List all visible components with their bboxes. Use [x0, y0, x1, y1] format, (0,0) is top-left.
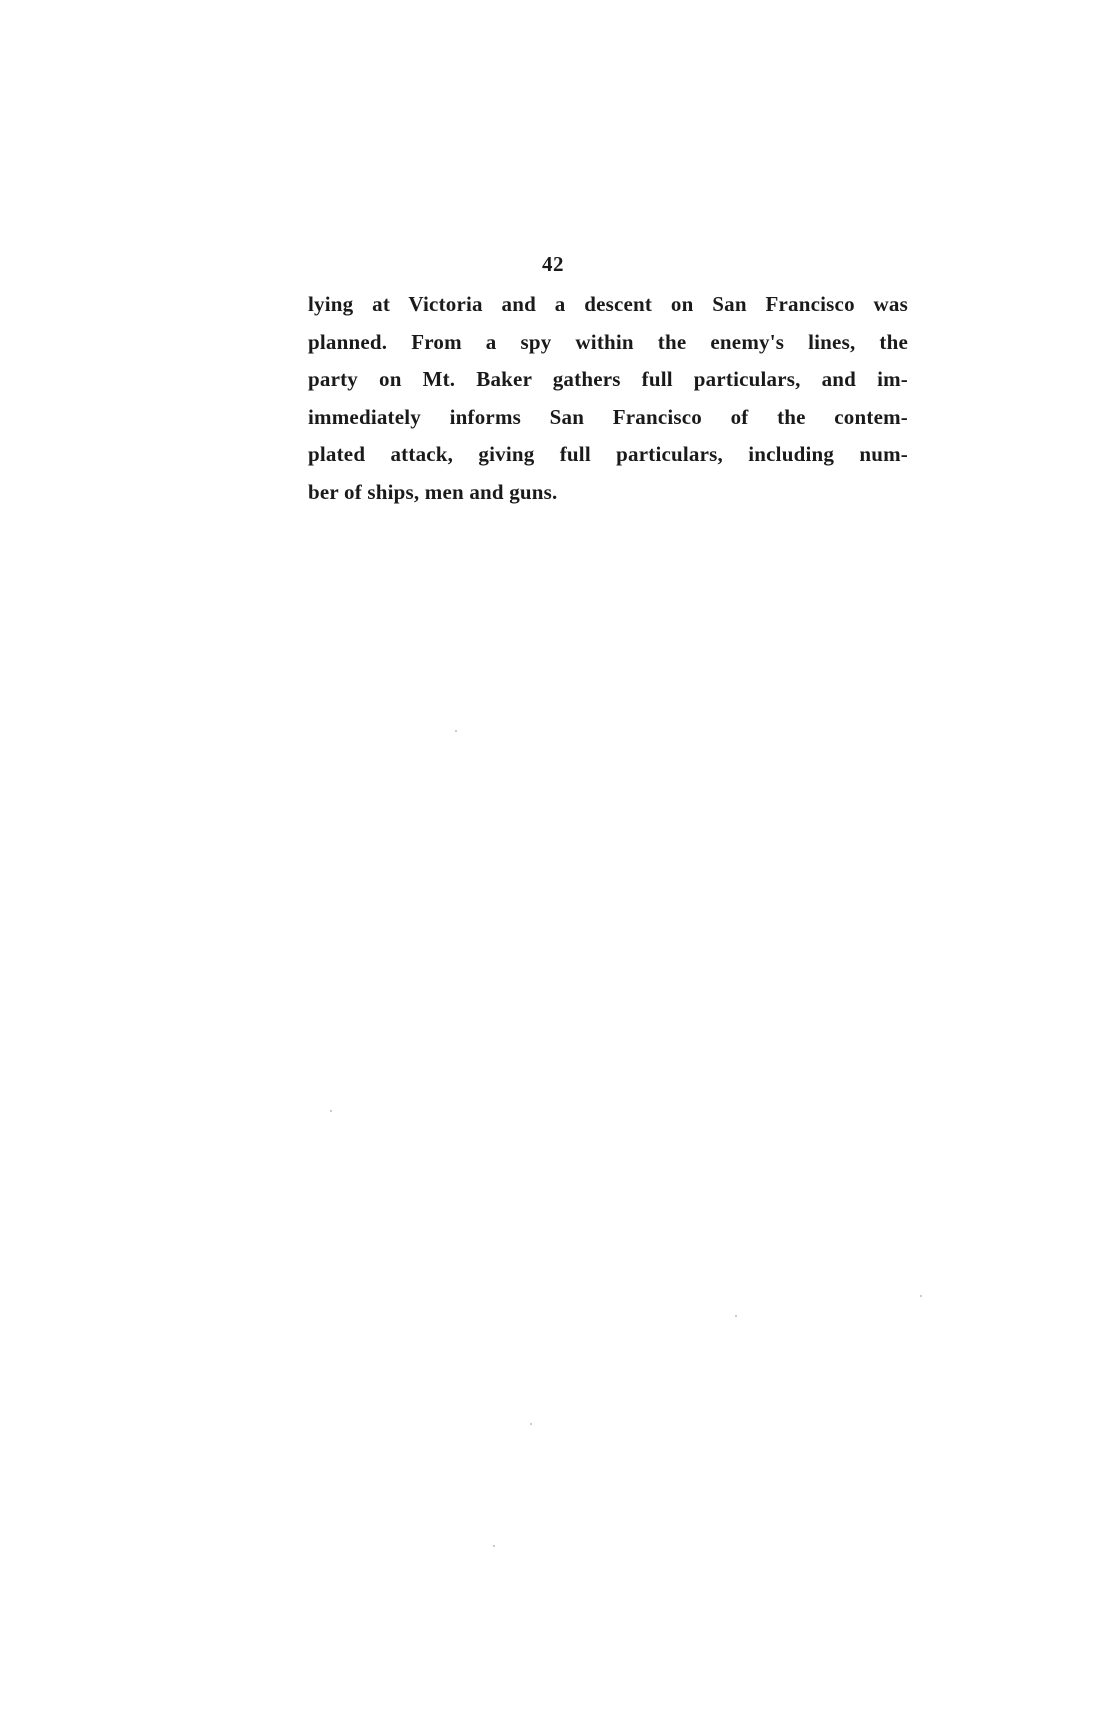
text-line: planned. From a spy within the enemy's l…: [308, 324, 908, 362]
scan-speck: [493, 1545, 495, 1547]
scan-speck: [455, 730, 457, 732]
text-line: lying at Victoria and a descent on San F…: [308, 286, 908, 324]
scan-speck: [330, 1110, 332, 1112]
scan-speck: [735, 1315, 737, 1317]
scan-speck: [920, 1295, 922, 1297]
page-number: 42: [0, 252, 1106, 277]
text-line: plated attack, giving full particulars, …: [308, 436, 908, 474]
text-line: ber of ships, men and guns.: [308, 474, 908, 512]
text-line: party on Mt. Baker gathers full particul…: [308, 361, 908, 399]
body-paragraph: lying at Victoria and a descent on San F…: [308, 286, 908, 511]
scan-speck: [530, 1423, 532, 1425]
text-line: immediately informs San Francisco of the…: [308, 399, 908, 437]
